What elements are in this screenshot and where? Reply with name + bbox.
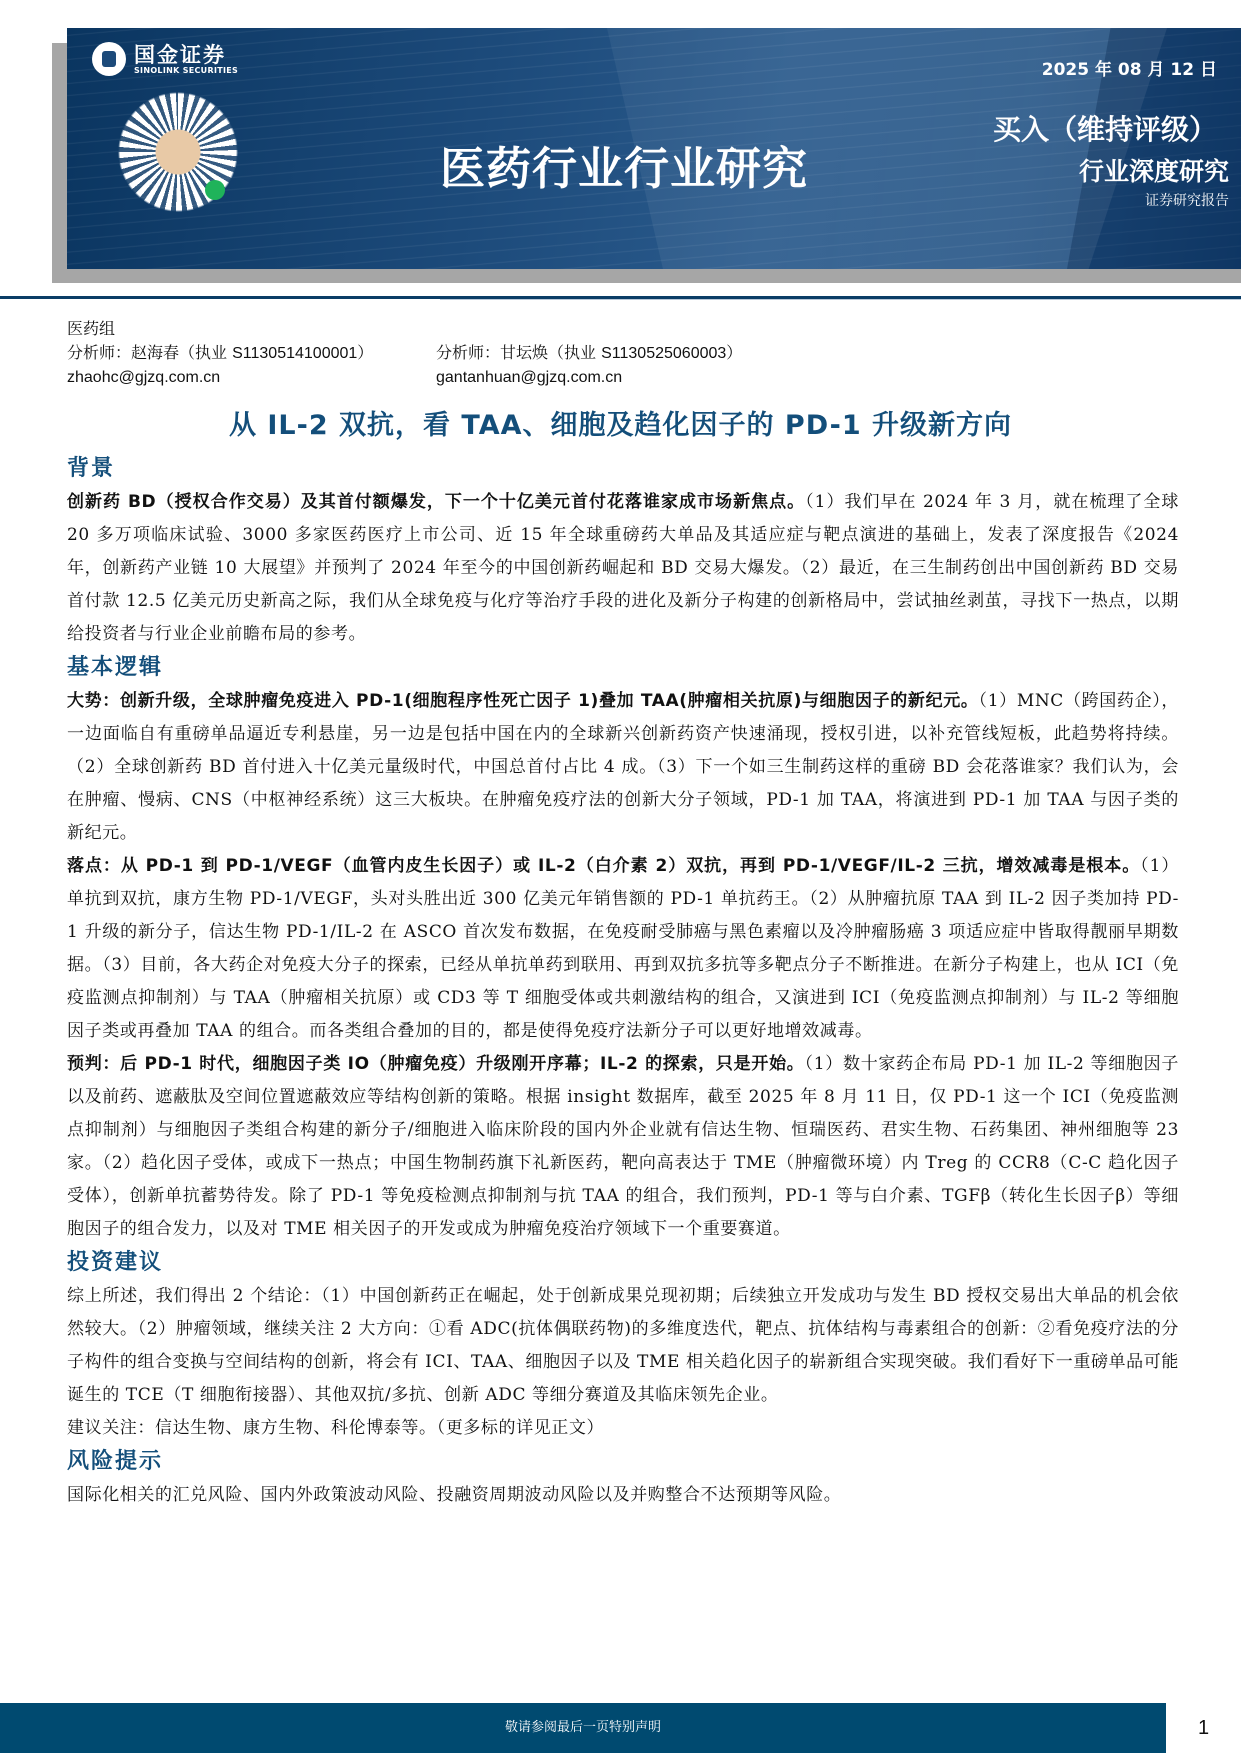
license-number: S1130525060003 [601,345,726,362]
analyst-2-email[interactable]: gantanhuan@gjzq.com.cn [436,366,622,390]
report-date: 2025 年 08 月 12 日 [1042,55,1217,80]
section-heading-background: 背景 [67,452,1179,486]
paragraph-text: （1）MNC（跨国药企），一边面临自有重磅单品逼近专利悬崖，另一边是包括中国在内… [67,691,1179,843]
paragraph-lead: 预判：后 PD-1 时代，细胞因子类 IO（肿瘤免疫）升级刚开序幕；IL-2 的… [67,1054,805,1074]
analyst-name: 甘坛焕 [500,343,548,362]
paragraph: 落点：从 PD-1 到 PD-1/VEGF（血管内皮生长因子）或 IL-2（白介… [67,850,1179,1048]
rating-badge: 买入（维持评级） [993,108,1217,148]
section-heading-logic: 基本逻辑 [67,651,1179,685]
section-heading-risk: 风险提示 [67,1445,1179,1479]
analyst-1: 分析师：赵海春（执业 S1130514100001） [67,341,436,366]
header-divider-thin [440,299,1241,300]
paragraph-text: 国际化相关的汇兑风险、国内外政策波动风险、投融资周期波动风险以及并购整合不达预期… [67,1485,841,1505]
summary-content: 背景 创新药 BD（授权合作交易）及其首付额爆发，下一个十亿美元首付花落谁家成市… [67,452,1179,1512]
analyst-block: 医药组 分析师：赵海春（执业 S1130514100001） 分析师：甘坛焕（执… [67,317,742,390]
paragraph: 国际化相关的汇兑风险、国内外政策波动风险、投融资周期波动风险以及并购整合不达预期… [67,1479,1179,1512]
paragraph: 综上所述，我们得出 2 个结论：（1）中国创新药正在崛起，处于创新成果兑现初期；… [67,1280,1179,1412]
wechat-mini-program-icon [205,180,225,200]
paragraph-text: （1）数十家药企布局 PD-1 加 IL-2 等细胞因子以及前药、遮蔽肽及空间位… [67,1054,1179,1239]
analyst-name: 赵海春 [131,343,179,362]
section-heading-investment: 投资建议 [67,1246,1179,1280]
paragraph-text: （1）我们早在 2024 年 3 月，就在梳理了全球 20 多万项临床试验、30… [67,492,1179,644]
logo-mark-icon [92,42,126,76]
paragraph-text: 综上所述，我们得出 2 个结论：（1）中国创新药正在崛起，处于创新成果兑现初期；… [67,1286,1179,1405]
footer-disclaimer: 敬请参阅最后一页特别声明 [0,1703,1166,1753]
license-number: S1130514100001 [232,345,357,362]
license-prefix: （执业 [179,343,232,362]
paragraph: 创新药 BD（授权合作交易）及其首付额爆发，下一个十亿美元首付花落谁家成市场新焦… [67,486,1179,651]
document-title: 从 IL-2 双抗，看 TAA、细胞及趋化因子的 PD-1 升级新方向 [0,403,1241,442]
analyst-1-email[interactable]: zhaohc@gjzq.com.cn [67,366,436,390]
analyst-2: 分析师：甘坛焕（执业 S1130525060003） [436,341,742,366]
paragraph-text: 建议关注：信达生物、康方生物、科伦博泰等。（更多标的详见正文） [67,1418,604,1438]
report-type: 证券研究报告 [1145,190,1229,210]
paragraph: 建议关注：信达生物、康方生物、科伦博泰等。（更多标的详见正文） [67,1412,1179,1445]
footer-bar: 敬请参阅最后一页特别声明 [0,1703,1166,1753]
brand-name-en: SINOLINK SECURITIES [134,66,238,75]
paragraph-lead: 创新药 BD（授权合作交易）及其首付额爆发，下一个十亿美元首付花落谁家成市场新焦… [67,492,805,512]
paragraph-text: （1）单抗到双抗，康方生物 PD-1/VEGF，头对头胜出近 300 亿美元年销… [67,856,1179,1041]
brand-logo: 国金证券 SINOLINK SECURITIES [92,42,238,76]
research-group: 医药组 [67,317,115,341]
paragraph-lead: 落点：从 PD-1 到 PD-1/VEGF（血管内皮生长因子）或 IL-2（白介… [67,856,1140,876]
report-title: 医药行业行业研究 [440,132,808,197]
report-subtype: 行业深度研究 [1079,152,1229,188]
paragraph: 大势：创新升级，全球肿瘤免疫进入 PD-1(细胞程序性死亡因子 1)叠加 TAA… [67,685,1179,850]
license-suffix: ） [726,343,742,362]
brand-name-cn: 国金证券 [134,44,238,66]
page-number: 1 [1166,1703,1241,1753]
license-suffix: ） [357,343,373,362]
paragraph-lead: 大势：创新升级，全球肿瘤免疫进入 PD-1(细胞程序性死亡因子 1)叠加 TAA… [67,691,979,711]
license-prefix: （执业 [548,343,601,362]
analyst-label: 分析师： [436,343,500,362]
paragraph: 预判：后 PD-1 时代，细胞因子类 IO（肿瘤免疫）升级刚开序幕；IL-2 的… [67,1048,1179,1246]
analyst-label: 分析师： [67,343,131,362]
